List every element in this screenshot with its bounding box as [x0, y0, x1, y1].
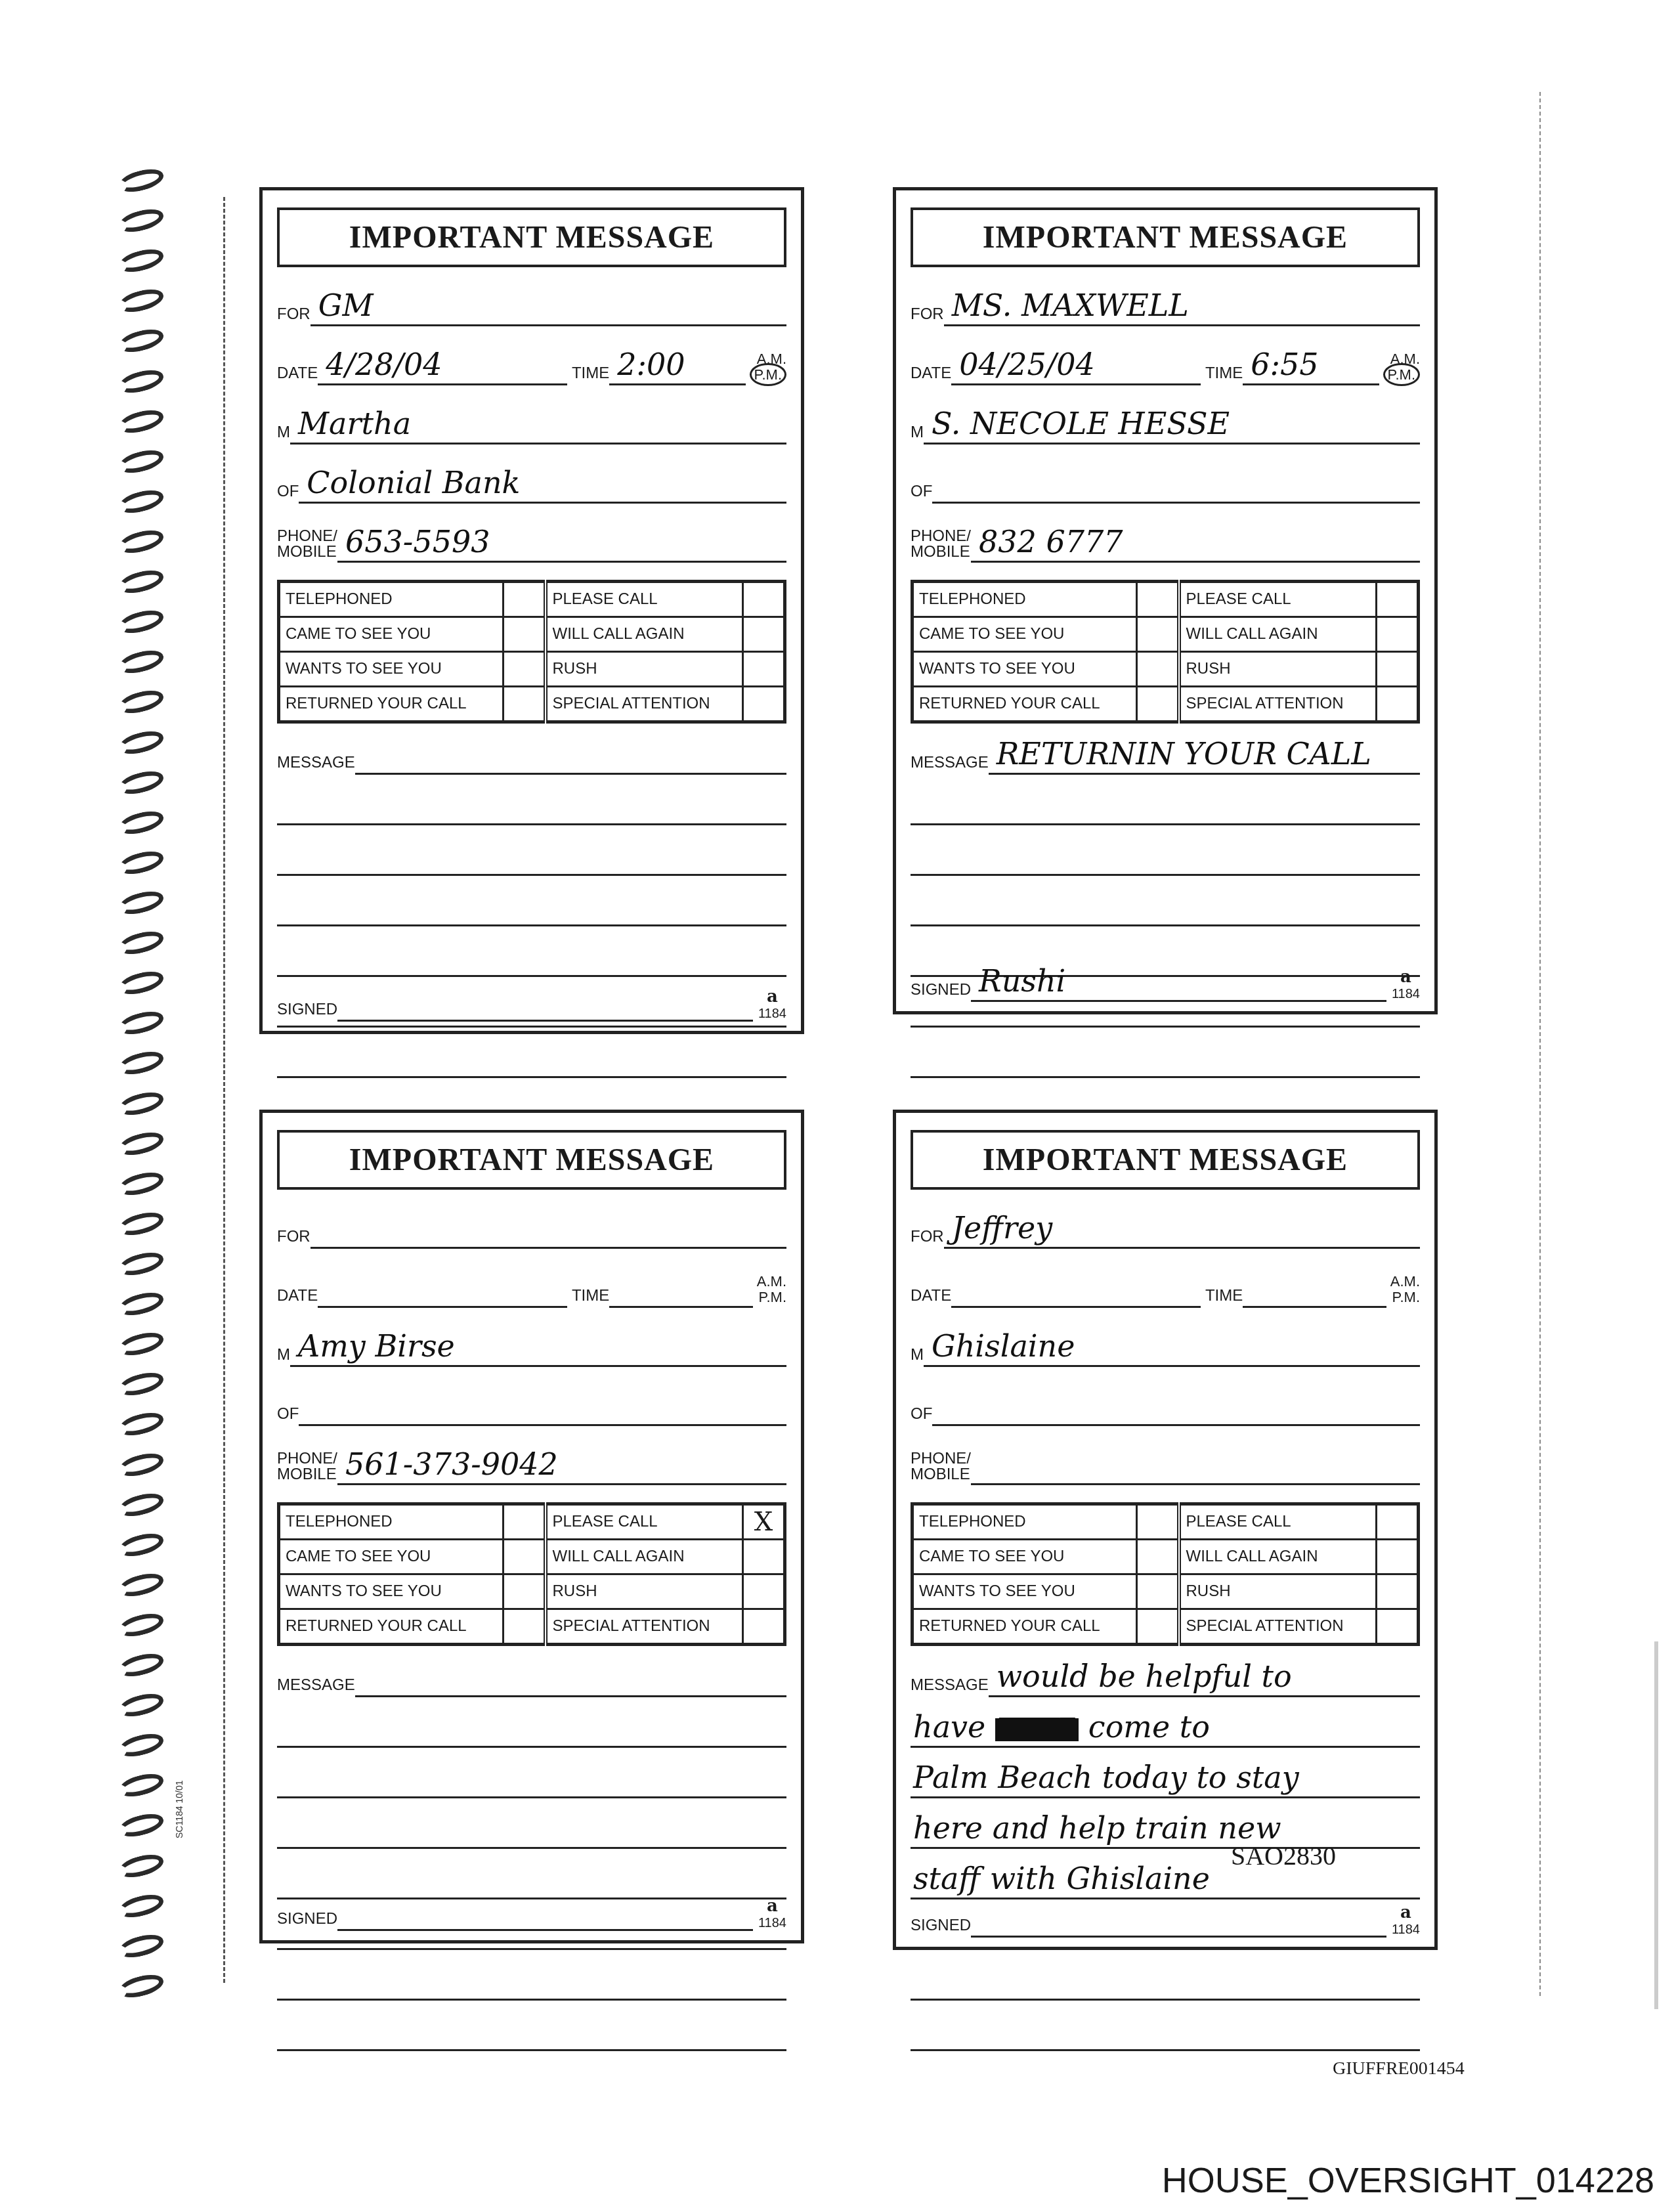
- message-card: IMPORTANT MESSAGE FOR MS. MAXWELL DATE 0…: [893, 187, 1438, 1014]
- binding-coil: [116, 1208, 165, 1239]
- binding-coil: [116, 526, 165, 557]
- checkbox-label: PLEASE CALL: [546, 1504, 743, 1540]
- message-text: here and help train new: [913, 1810, 1281, 1846]
- signed-field[interactable]: [337, 980, 753, 1022]
- checkbox[interactable]: [1136, 1609, 1179, 1645]
- message-line[interactable]: [277, 1758, 786, 1798]
- checkbox[interactable]: [743, 617, 785, 652]
- of-field[interactable]: Colonial Bank: [299, 465, 786, 504]
- pm-label: P.M.: [1383, 363, 1420, 386]
- checkbox-grid: TELEPHONED PLEASE CALL CAME TO SEE YOU W…: [911, 1502, 1420, 1646]
- am-pm-indicator: A.M.P.M.: [757, 1274, 786, 1308]
- checkbox[interactable]: [743, 1609, 785, 1645]
- publisher-logo-icon: a: [1400, 967, 1411, 987]
- checkbox-label: RETURNED YOUR CALL: [912, 687, 1137, 722]
- phone-label: PHONE/MOBILE: [911, 529, 971, 563]
- for-label: FOR: [277, 305, 311, 326]
- checkbox[interactable]: [1377, 1574, 1419, 1609]
- checkbox-row: RETURNED YOUR CALL SPECIAL ATTENTION: [912, 687, 1419, 722]
- binding-coil: [116, 486, 165, 517]
- binding-coil: [116, 165, 165, 196]
- binding-coil: [116, 1088, 165, 1119]
- for-label: FOR: [911, 1228, 944, 1249]
- message-line[interactable]: have █████ come to: [911, 1708, 1420, 1748]
- checkbox-grid: TELEPHONED PLEASE CALL CAME TO SEE YOU W…: [277, 580, 786, 724]
- checkbox-label: WANTS TO SEE YOU: [912, 1574, 1137, 1609]
- phone-field[interactable]: [971, 1446, 1420, 1485]
- binding-coil: [116, 1770, 165, 1801]
- checkbox-label: SPECIAL ATTENTION: [546, 687, 743, 722]
- signed-field[interactable]: [971, 1896, 1386, 1938]
- caller-field[interactable]: S. NECOLE HESSE: [924, 406, 1420, 445]
- message-line[interactable]: [277, 1708, 786, 1748]
- message-line[interactable]: [911, 836, 1420, 876]
- binding-coil: [116, 286, 165, 316]
- binding-coil: [116, 1128, 165, 1159]
- time-field[interactable]: [609, 1269, 753, 1308]
- phone-label: PHONE/MOBILE: [277, 529, 337, 563]
- am-pm-indicator: A.M.P.M.: [1390, 1274, 1420, 1308]
- message-line[interactable]: staff with Ghislaine: [911, 1859, 1420, 1899]
- of-label: OF: [277, 483, 299, 504]
- date-field[interactable]: [318, 1269, 567, 1308]
- date-label: DATE: [911, 364, 951, 385]
- checkbox-label: PLEASE CALL: [1179, 582, 1377, 617]
- checkbox[interactable]: [1136, 582, 1179, 617]
- time-label: TIME: [567, 1287, 609, 1308]
- date-value: 4/28/04: [326, 347, 442, 382]
- binding-coil: [116, 1248, 165, 1279]
- checkbox[interactable]: [1136, 652, 1179, 687]
- message-card: IMPORTANT MESSAGE FOR GM DATE 4/28/04 TI…: [259, 187, 804, 1034]
- message-line[interactable]: [277, 1038, 786, 1078]
- message-line[interactable]: [277, 1809, 786, 1849]
- checkbox-label: CAME TO SEE YOU: [279, 1540, 504, 1574]
- binding-coil: [116, 206, 165, 236]
- message-text: would be helpful to: [997, 1659, 1292, 1694]
- binding-coil: [116, 968, 165, 999]
- for-value: Jeffrey: [952, 1210, 1052, 1246]
- checkbox-label: SPECIAL ATTENTION: [1179, 1609, 1377, 1645]
- checkbox-label: TELEPHONED: [279, 582, 504, 617]
- signed-field[interactable]: Rushi: [971, 961, 1386, 1002]
- date-label: DATE: [277, 364, 318, 385]
- time-field[interactable]: 6:55: [1243, 347, 1379, 385]
- time-label: TIME: [1201, 1287, 1243, 1308]
- checkbox[interactable]: [1377, 1504, 1419, 1540]
- message-text: staff with Ghislaine: [913, 1861, 1210, 1896]
- binding-coil: [116, 246, 165, 276]
- binding-coil: [116, 1329, 165, 1360]
- checkbox[interactable]: [1377, 1609, 1419, 1645]
- redaction-mark: █████: [995, 1718, 1079, 1741]
- message-line[interactable]: [277, 886, 786, 926]
- checkbox[interactable]: [503, 1504, 546, 1540]
- time-field[interactable]: 2:00: [609, 347, 745, 385]
- phone-value: 561-373-9042: [345, 1446, 558, 1482]
- checkbox[interactable]: [743, 1540, 785, 1574]
- publisher-logo-icon: a: [767, 987, 778, 1007]
- caller-field[interactable]: Ghislaine: [924, 1328, 1420, 1367]
- checkbox-row: WANTS TO SEE YOU RUSH: [912, 652, 1419, 687]
- pm-label: P.M.: [1392, 1289, 1420, 1305]
- checkbox-label: CAME TO SEE YOU: [912, 1540, 1137, 1574]
- checkbox[interactable]: [1377, 617, 1419, 652]
- spiral-binding: [118, 171, 177, 1996]
- binding-coil: [116, 1409, 165, 1440]
- of-field[interactable]: [932, 465, 1420, 504]
- checkbox[interactable]: [1377, 687, 1419, 722]
- checkbox-label: PLEASE CALL: [1179, 1504, 1377, 1540]
- checkbox-label: RUSH: [1179, 1574, 1377, 1609]
- binding-coil: [116, 1850, 165, 1881]
- card-title: IMPORTANT MESSAGE: [911, 1130, 1420, 1190]
- binding-coil: [116, 1529, 165, 1560]
- message-label: MESSAGE: [911, 1676, 989, 1697]
- checkbox-grid: TELEPHONED PLEASE CALL X CAME TO SEE YOU…: [277, 1502, 786, 1646]
- checkbox-label: RETURNED YOUR CALL: [912, 1609, 1137, 1645]
- checkbox-row: CAME TO SEE YOU WILL CALL AGAIN: [279, 617, 785, 652]
- binding-coil: [116, 1168, 165, 1199]
- checkbox-label: TELEPHONED: [912, 1504, 1137, 1540]
- for-field[interactable]: GM: [311, 288, 786, 326]
- binding-coil: [116, 607, 165, 638]
- page-edge: [1539, 92, 1541, 1996]
- date-label: DATE: [277, 1287, 318, 1308]
- checkbox-label: WANTS TO SEE YOU: [912, 652, 1137, 687]
- message-field[interactable]: would be helpful to: [989, 1659, 1420, 1697]
- checkbox[interactable]: [1136, 617, 1179, 652]
- message-line[interactable]: [911, 785, 1420, 825]
- checkbox[interactable]: [503, 1609, 546, 1645]
- binding-coil: [116, 1569, 165, 1600]
- signed-label: SIGNED: [277, 1910, 337, 1931]
- signed-field[interactable]: [337, 1890, 753, 1931]
- phone-field[interactable]: 561-373-9042: [337, 1446, 786, 1485]
- binding-coil: [116, 767, 165, 798]
- caller-value: Martha: [298, 406, 411, 441]
- checkbox[interactable]: [503, 687, 546, 722]
- checkbox-row: RETURNED YOUR CALL SPECIAL ATTENTION: [279, 1609, 785, 1645]
- binding-coil: [116, 1489, 165, 1520]
- checkbox-label: WILL CALL AGAIN: [1179, 1540, 1377, 1574]
- caller-field[interactable]: Amy Birse: [290, 1328, 786, 1367]
- signed-value: Rushi: [979, 963, 1065, 999]
- checkbox-row: WANTS TO SEE YOU RUSH: [279, 1574, 785, 1609]
- caller-field[interactable]: Martha: [290, 406, 786, 445]
- message-line[interactable]: [277, 1961, 786, 2001]
- for-value: GM: [318, 288, 374, 323]
- checkbox-row: RETURNED YOUR CALL SPECIAL ATTENTION: [279, 687, 785, 722]
- caller-value: Amy Birse: [298, 1328, 455, 1364]
- message-line[interactable]: [911, 1038, 1420, 1078]
- m-label: M: [911, 423, 924, 445]
- binding-coil: [116, 1930, 165, 1961]
- of-field[interactable]: [299, 1387, 786, 1426]
- phone-value: 832 6777: [979, 524, 1123, 559]
- checkbox-row: CAME TO SEE YOU WILL CALL AGAIN: [912, 1540, 1419, 1574]
- binding-coil: [116, 847, 165, 878]
- form-number: a1184: [1392, 1905, 1420, 1938]
- binding-coil: [116, 1449, 165, 1480]
- checkbox[interactable]: [1136, 1574, 1179, 1609]
- message-line[interactable]: here and help train new: [911, 1809, 1420, 1849]
- checkbox-label: PLEASE CALL: [546, 582, 743, 617]
- checkbox[interactable]: [503, 1540, 546, 1574]
- checkbox[interactable]: [503, 652, 546, 687]
- message-card: IMPORTANT MESSAGE FOR DATE TIME A.M.P.M.…: [259, 1110, 804, 1943]
- checkbox[interactable]: [1377, 582, 1419, 617]
- checkbox-label: SPECIAL ATTENTION: [546, 1609, 743, 1645]
- binding-coil: [116, 928, 165, 959]
- signed-label: SIGNED: [277, 1001, 337, 1022]
- checkbox[interactable]: [1377, 1540, 1419, 1574]
- message-label: MESSAGE: [277, 1676, 355, 1697]
- publisher-logo-icon: a: [767, 1896, 778, 1916]
- checkbox-row: CAME TO SEE YOU WILL CALL AGAIN: [279, 1540, 785, 1574]
- binding-coil: [116, 807, 165, 838]
- card-title: IMPORTANT MESSAGE: [277, 207, 786, 267]
- checkbox-row: CAME TO SEE YOU WILL CALL AGAIN: [912, 617, 1419, 652]
- form-number: a1184: [758, 989, 786, 1022]
- date-field[interactable]: [951, 1269, 1201, 1308]
- checkbox-label: TELEPHONED: [279, 1504, 504, 1540]
- time-value: 2:00: [617, 347, 685, 382]
- binding-coil: [116, 1369, 165, 1400]
- time-field[interactable]: [1243, 1269, 1386, 1308]
- form-number: a1184: [1392, 969, 1420, 1002]
- message-field[interactable]: RETURNIN YOUR CALL: [989, 736, 1420, 775]
- for-field[interactable]: Jeffrey: [944, 1210, 1420, 1249]
- bates-number-house-oversight: HOUSE_OVERSIGHT_014228: [1162, 2160, 1654, 2201]
- for-label: FOR: [277, 1228, 311, 1249]
- message-line[interactable]: [277, 937, 786, 977]
- checkbox[interactable]: [743, 1574, 785, 1609]
- evidence-stamp: SAO2830: [1231, 1840, 1336, 1871]
- message-field[interactable]: [355, 736, 786, 775]
- am-pm-indicator: A.M.P.M.: [1383, 351, 1420, 385]
- checkbox-label: CAME TO SEE YOU: [279, 617, 504, 652]
- phone-label: PHONE/MOBILE: [277, 1451, 337, 1485]
- binding-coil: [116, 1690, 165, 1721]
- pm-label: P.M.: [750, 363, 786, 386]
- checkbox-label: RUSH: [1179, 652, 1377, 687]
- date-field[interactable]: 04/25/04: [951, 347, 1201, 385]
- of-field[interactable]: [932, 1387, 1420, 1426]
- binding-coil: [116, 887, 165, 918]
- checkbox[interactable]: [1377, 652, 1419, 687]
- binding-coil: [116, 1289, 165, 1320]
- phone-value: 653-5593: [345, 524, 490, 559]
- checkbox-row: WANTS TO SEE YOU RUSH: [912, 1574, 1419, 1609]
- signed-label: SIGNED: [911, 981, 971, 1002]
- pm-label: P.M.: [759, 1289, 786, 1305]
- checkbox[interactable]: [743, 687, 785, 722]
- binding-coil: [116, 687, 165, 718]
- phone-field[interactable]: 832 6777: [971, 524, 1420, 563]
- checkbox[interactable]: [503, 582, 546, 617]
- time-label: TIME: [1201, 364, 1243, 385]
- message-line[interactable]: [911, 2011, 1420, 2051]
- message-text: have █████ come to: [913, 1709, 1210, 1745]
- binding-coil: [116, 1810, 165, 1841]
- binding-coil: [116, 1048, 165, 1079]
- signed-label: SIGNED: [911, 1917, 971, 1938]
- checkbox[interactable]: X: [743, 1504, 785, 1540]
- checkbox-label: CAME TO SEE YOU: [912, 617, 1137, 652]
- binding-coil: [116, 446, 165, 477]
- checkbox-label: WILL CALL AGAIN: [1179, 617, 1377, 652]
- binding-coil: [116, 406, 165, 437]
- checkbox-label: TELEPHONED: [912, 582, 1137, 617]
- form-number: a1184: [758, 1898, 786, 1931]
- card-title: IMPORTANT MESSAGE: [277, 1130, 786, 1190]
- page-shadow: [1654, 1641, 1658, 2009]
- checkbox-label: WANTS TO SEE YOU: [279, 1574, 504, 1609]
- for-label: FOR: [911, 305, 944, 326]
- binding-coil: [116, 366, 165, 397]
- message-label: MESSAGE: [911, 754, 989, 775]
- for-value: MS. MAXWELL: [952, 288, 1189, 323]
- checkbox[interactable]: [1136, 1504, 1179, 1540]
- publisher-logo-icon: a: [1400, 1903, 1411, 1922]
- message-line[interactable]: Palm Beach today to stay: [911, 1758, 1420, 1798]
- checkbox-label: WILL CALL AGAIN: [546, 1540, 743, 1574]
- message-card: IMPORTANT MESSAGE FOR Jeffrey DATE TIME …: [893, 1110, 1438, 1950]
- am-pm-indicator: A.M.P.M.: [750, 351, 786, 385]
- binding-coil: [116, 1970, 165, 2001]
- checkbox-row: RETURNED YOUR CALL SPECIAL ATTENTION: [912, 1609, 1419, 1645]
- side-form-code: SC1184 10/01: [174, 1781, 184, 1838]
- binding-coil: [116, 1609, 165, 1640]
- of-label: OF: [277, 1405, 299, 1426]
- checkbox-label: RUSH: [546, 1574, 743, 1609]
- binding-coil: [116, 1008, 165, 1039]
- message-line[interactable]: [277, 785, 786, 825]
- binding-coil: [116, 326, 165, 357]
- message-text: Palm Beach today to stay: [913, 1760, 1299, 1795]
- for-field[interactable]: [311, 1210, 786, 1249]
- message-line[interactable]: [277, 2011, 786, 2051]
- of-label: OF: [911, 483, 932, 504]
- checkbox[interactable]: [503, 617, 546, 652]
- checkbox-label: WANTS TO SEE YOU: [279, 652, 504, 687]
- binding-coil: [116, 1730, 165, 1761]
- checkbox-grid: TELEPHONED PLEASE CALL CAME TO SEE YOU W…: [911, 580, 1420, 724]
- caller-value: Ghislaine: [932, 1328, 1075, 1364]
- of-label: OF: [911, 1405, 932, 1426]
- checkbox[interactable]: [503, 1574, 546, 1609]
- m-label: M: [277, 423, 290, 445]
- message-label: MESSAGE: [277, 754, 355, 775]
- checkbox-row: TELEPHONED PLEASE CALL: [912, 582, 1419, 617]
- message-text: RETURNIN YOUR CALL: [997, 736, 1371, 771]
- checkbox-row: TELEPHONED PLEASE CALL: [279, 582, 785, 617]
- phone-label: PHONE/MOBILE: [911, 1451, 971, 1485]
- of-value: Colonial Bank: [307, 465, 520, 500]
- checkbox-row: TELEPHONED PLEASE CALL: [912, 1504, 1419, 1540]
- binding-coil: [116, 1649, 165, 1680]
- time-value: 6:55: [1251, 347, 1318, 382]
- checkbox[interactable]: [743, 582, 785, 617]
- checkbox-label: SPECIAL ATTENTION: [1179, 687, 1377, 722]
- checkbox-row: WANTS TO SEE YOU RUSH: [279, 652, 785, 687]
- bates-number-giuffre: GIUFFRE001454: [1333, 2058, 1465, 2079]
- message-field[interactable]: [355, 1659, 786, 1697]
- message-line[interactable]: [911, 886, 1420, 926]
- time-label: TIME: [567, 364, 609, 385]
- date-label: DATE: [911, 1287, 951, 1308]
- binding-coil: [116, 567, 165, 597]
- perforation-line: [223, 197, 225, 1983]
- checkbox[interactable]: [1136, 687, 1179, 722]
- m-label: M: [911, 1346, 924, 1367]
- caller-value: S. NECOLE HESSE: [932, 406, 1230, 441]
- checkbox-label: WILL CALL AGAIN: [546, 617, 743, 652]
- phone-field[interactable]: 653-5593: [337, 524, 786, 563]
- binding-coil: [116, 727, 165, 758]
- checkbox-row: TELEPHONED PLEASE CALL X: [279, 1504, 785, 1540]
- binding-coil: [116, 647, 165, 678]
- date-value: 04/25/04: [959, 347, 1095, 382]
- checkbox-label: RUSH: [546, 652, 743, 687]
- checkbox-label: RETURNED YOUR CALL: [279, 1609, 504, 1645]
- date-field[interactable]: 4/28/04: [318, 347, 567, 385]
- message-line[interactable]: [277, 836, 786, 876]
- checkbox[interactable]: [743, 652, 785, 687]
- checkbox[interactable]: [1136, 1540, 1179, 1574]
- for-field[interactable]: MS. MAXWELL: [944, 288, 1420, 326]
- message-line[interactable]: [911, 1961, 1420, 2001]
- checkbox-label: RETURNED YOUR CALL: [279, 687, 504, 722]
- binding-coil: [116, 1890, 165, 1921]
- card-title: IMPORTANT MESSAGE: [911, 207, 1420, 267]
- m-label: M: [277, 1346, 290, 1367]
